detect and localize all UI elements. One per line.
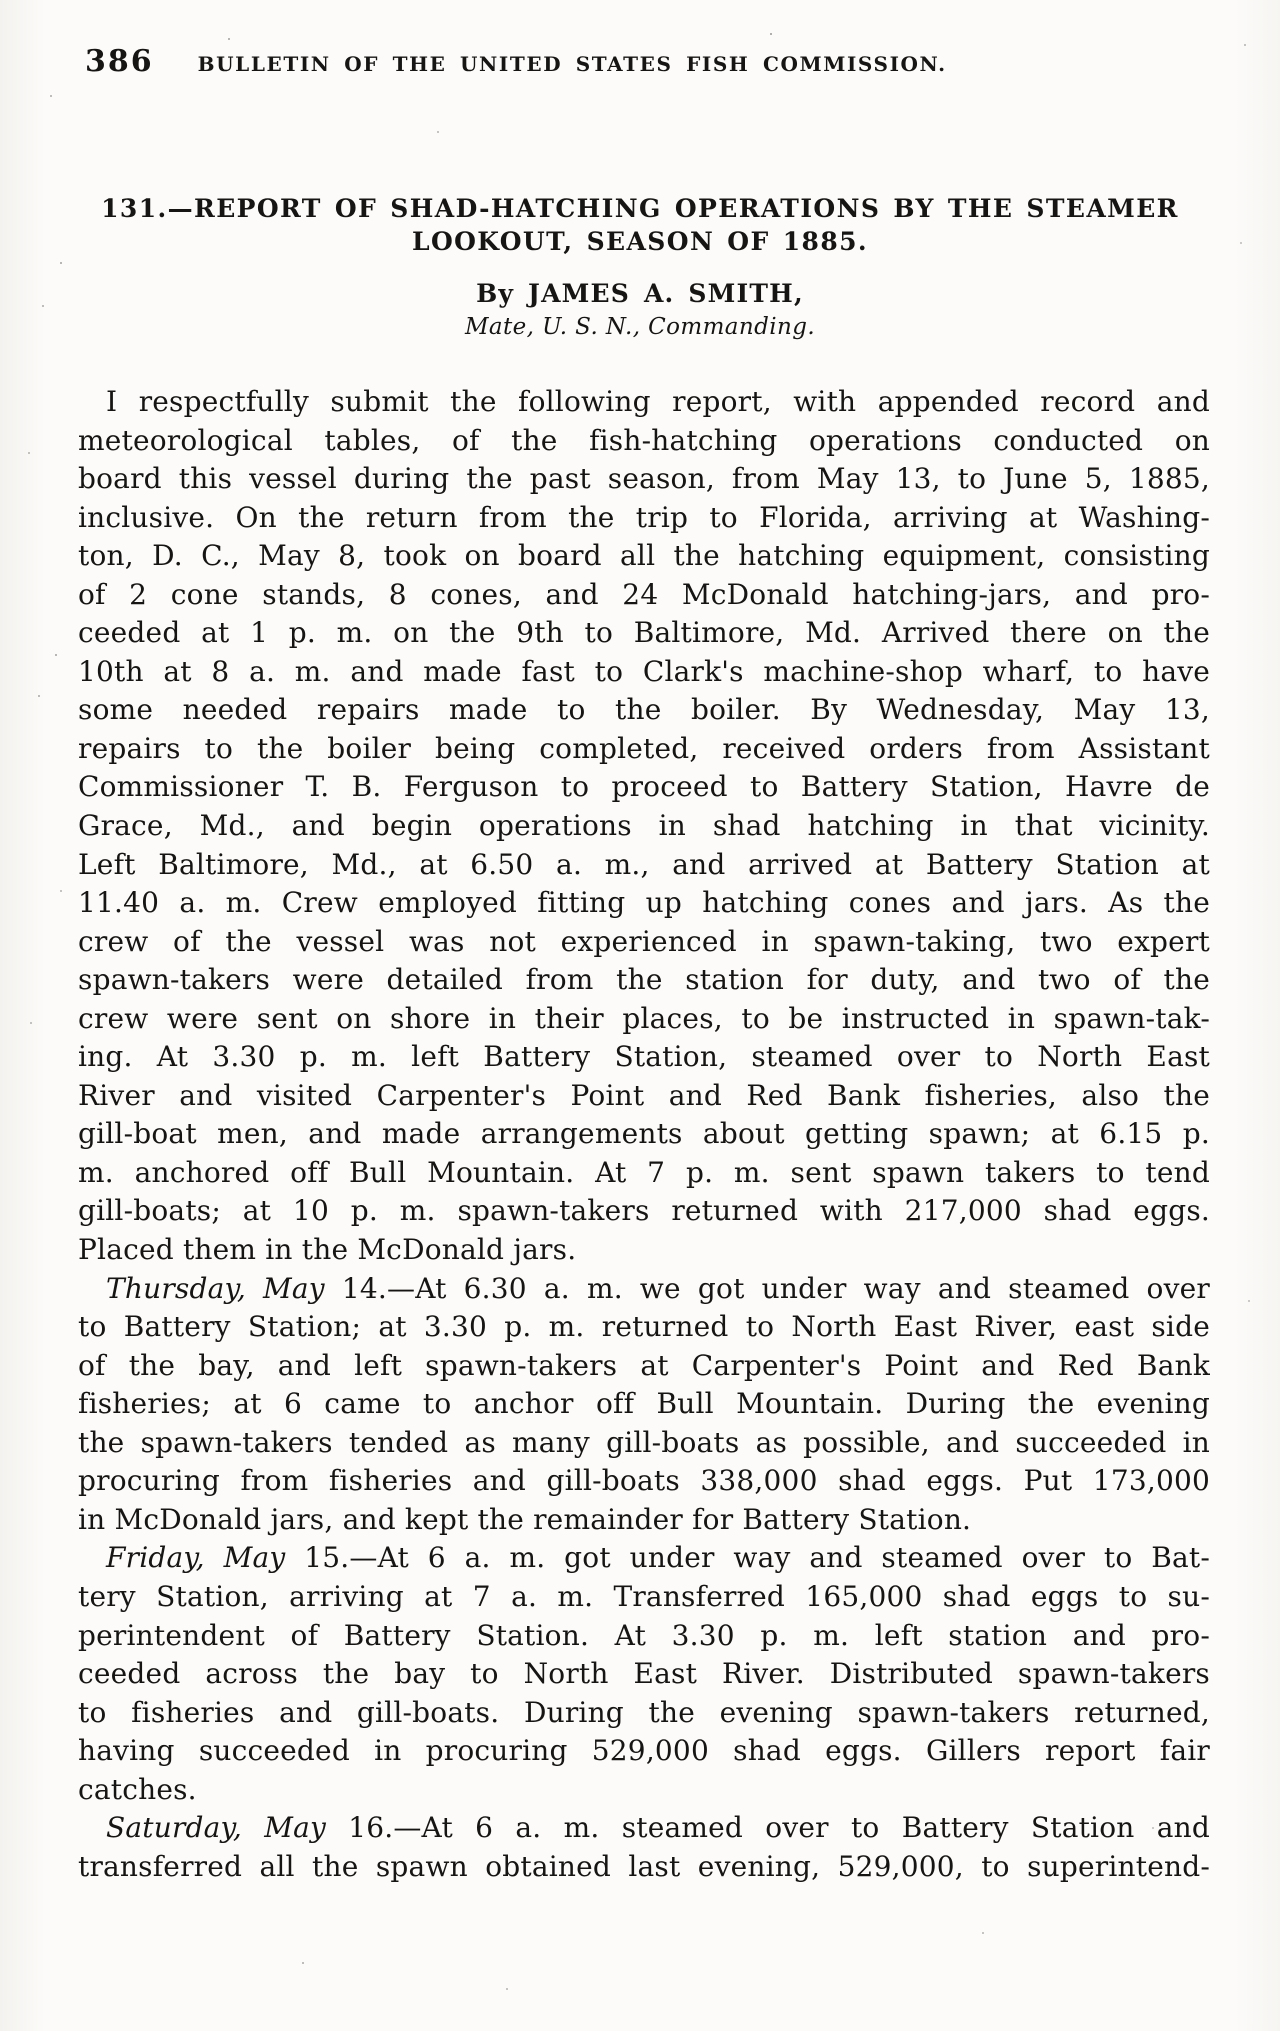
text-line: ton, D. C., May 8, took on board all the… (78, 537, 1210, 576)
text-line: to fisheries and gill-boats. During the … (78, 1694, 1210, 1733)
article-title-line1: 131.—REPORT OF SHAD-HATCHING OPERATIONS … (75, 192, 1205, 225)
text-line: gill-boats; at 10 p. m. spawn-takers ret… (78, 1192, 1210, 1231)
text-line: perintendent of Battery Station. At 3.30… (78, 1617, 1210, 1656)
text-line: Saturday, May 16.—At 6 a. m. steamed ove… (78, 1809, 1210, 1848)
text-line: to Battery Station; at 3.30 p. m. return… (78, 1308, 1210, 1347)
body-text: I respectfully submit the following repo… (78, 383, 1210, 1886)
text-line: in McDonald jars, and kept the remainder… (78, 1501, 1210, 1540)
page-number: 386 (85, 44, 154, 79)
text-line: of the bay, and left spawn-takers at Car… (78, 1347, 1210, 1386)
text-line: board this vessel during the past season… (78, 460, 1210, 499)
text-line: 10th at 8 a. m. and made fast to Clark's… (78, 653, 1210, 692)
text-line: Grace, Md., and begin operations in shad… (78, 807, 1210, 846)
text-line: tery Station, arriving at 7 a. m. Transf… (78, 1578, 1210, 1617)
paragraph: Saturday, May 16.—At 6 a. m. steamed ove… (78, 1809, 1210, 1886)
text-line: spawn-takers were detailed from the stat… (78, 961, 1210, 1000)
running-head: 386 BULLETIN OF THE UNITED STATES FISH C… (85, 44, 1205, 79)
byline-role: Mate, U. S. N., Commanding. (75, 314, 1205, 340)
paragraph: I respectfully submit the following repo… (78, 383, 1210, 1270)
text-line: having succeeded in procuring 529,000 sh… (78, 1732, 1210, 1771)
text-line: I respectfully submit the following repo… (78, 383, 1210, 422)
text-line: the spawn-takers tended as many gill-boa… (78, 1424, 1210, 1463)
article-title-line2: LOOKOUT, SEASON OF 1885. (75, 225, 1205, 258)
text-line: Friday, May 15.—At 6 a. m. got under way… (78, 1539, 1210, 1578)
paragraph: Friday, May 15.—At 6 a. m. got under way… (78, 1539, 1210, 1809)
article-title: 131.—REPORT OF SHAD-HATCHING OPERATIONS … (75, 192, 1205, 258)
text-line: Left Baltimore, Md., at 6.50 a. m., and … (78, 846, 1210, 885)
entry-date: Saturday, May (106, 1811, 326, 1844)
text-line: ceeded across the bay to North East Rive… (78, 1655, 1210, 1694)
byline-author: By JAMES A. SMITH, (75, 279, 1205, 308)
text-line: inclusive. On the return from the trip t… (78, 499, 1210, 538)
text-line: transferred all the spawn obtained last … (78, 1848, 1210, 1887)
text-line: ing. At 3.30 p. m. left Battery Station,… (78, 1038, 1210, 1077)
text-line: meteorological tables, of the fish-hatch… (78, 422, 1210, 461)
text-line: crew of the vessel was not experienced i… (78, 923, 1210, 962)
text-line: Thursday, May 14.—At 6.30 a. m. we got u… (78, 1270, 1210, 1309)
text-line: gill-boat men, and made arrangements abo… (78, 1115, 1210, 1154)
text-line: River and visited Carpenter's Point and … (78, 1077, 1210, 1116)
text-line: ceeded at 1 p. m. on the 9th to Baltimor… (78, 614, 1210, 653)
scan-noise-specks (0, 0, 2, 2)
running-title: BULLETIN OF THE UNITED STATES FISH COMMI… (198, 52, 947, 76)
text-line: Commissioner T. B. Ferguson to proceed t… (78, 768, 1210, 807)
text-line: of 2 cone stands, 8 cones, and 24 McDona… (78, 576, 1210, 615)
text-line: Placed them in the McDonald jars. (78, 1231, 1210, 1270)
entry-date: Friday, May (106, 1541, 285, 1574)
text-line: 11.40 a. m. Crew employed fitting up hat… (78, 884, 1210, 923)
text-line: crew were sent on shore in their places,… (78, 1000, 1210, 1039)
text-line: fisheries; at 6 came to anchor off Bull … (78, 1385, 1210, 1424)
text-line: repairs to the boiler being completed, r… (78, 730, 1210, 769)
text-line: m. anchored off Bull Mountain. At 7 p. m… (78, 1154, 1210, 1193)
text-line: procuring from fisheries and gill-boats … (78, 1462, 1210, 1501)
entry-date: Thursday, May (106, 1272, 325, 1305)
scanned-page: 386 BULLETIN OF THE UNITED STATES FISH C… (0, 0, 1280, 2031)
text-line: some needed repairs made to the boiler. … (78, 691, 1210, 730)
text-line: catches. (78, 1771, 1210, 1810)
paragraph: Thursday, May 14.—At 6.30 a. m. we got u… (78, 1270, 1210, 1540)
